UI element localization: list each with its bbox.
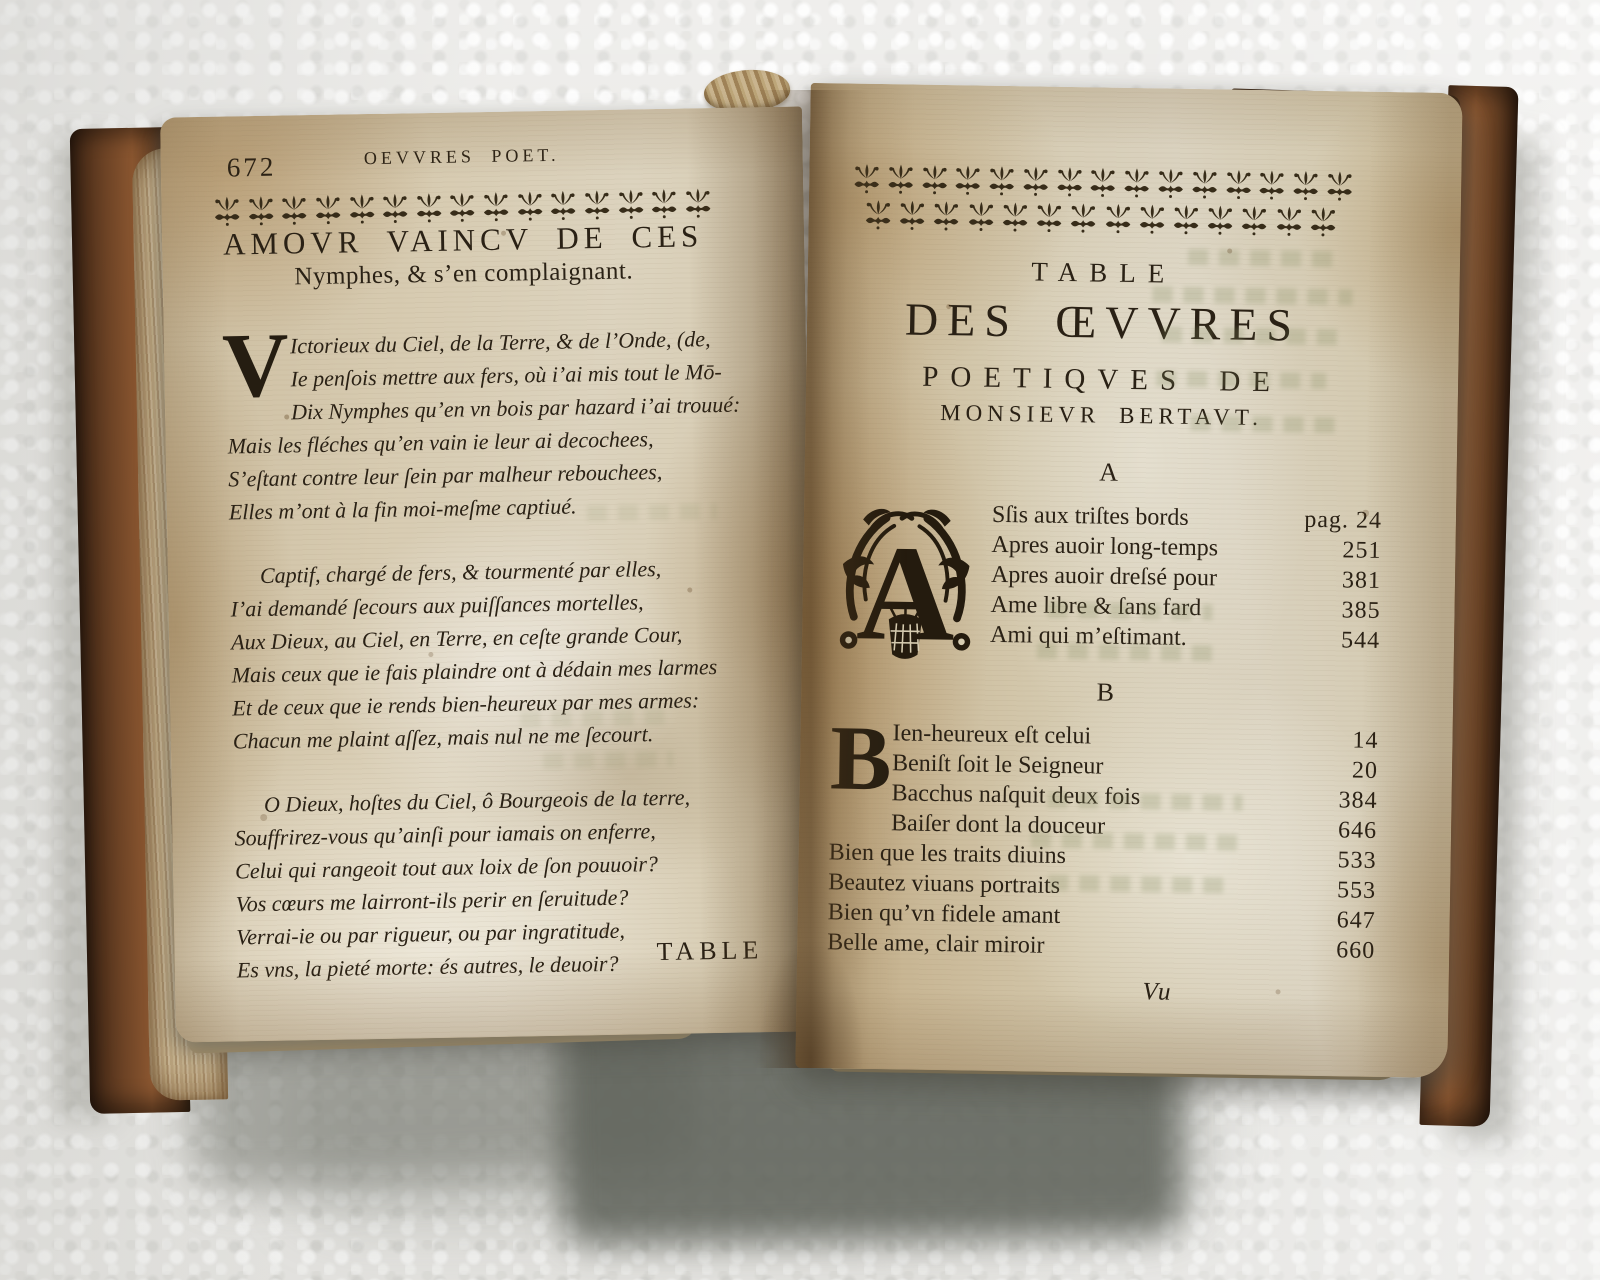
table-title-author: MONSIEVR BERTAVT. — [821, 398, 1381, 433]
toc-entry-text: Belle ame, clair miroir — [827, 927, 1045, 960]
stanza: VIctorieux du Ciel, de la Terre, & de l’… — [226, 321, 789, 529]
fleuron-icon — [1001, 201, 1029, 238]
toc-entry-page: 553 — [1337, 875, 1376, 906]
toc-entry-page: pag. 24 — [1304, 505, 1382, 536]
table-title: TABLE — [824, 253, 1384, 293]
fleuron-icon — [1022, 165, 1050, 202]
table-title-sub: POETIQVES DE — [822, 359, 1382, 401]
toc-entry-page: 251 — [1342, 535, 1381, 566]
fleuron-icon — [1207, 204, 1235, 241]
fleuron-icon — [864, 199, 892, 236]
toc-entry-page: 20 — [1352, 756, 1378, 786]
fleuron-icon — [1123, 167, 1151, 204]
fleuron-icon — [1258, 169, 1286, 206]
toc-entry-text: Ame libre & ſans fard — [990, 590, 1201, 623]
toc-entry-text: Sſis aux triſtes bords — [992, 500, 1189, 533]
toc-entry-text: Ien-heureux eſt celui — [892, 718, 1091, 751]
fleuron-icon — [1172, 204, 1200, 241]
left-page: 672 OEVVRES POET. AMOVR VAINCV DE CES Ny… — [160, 106, 818, 1042]
fleuron-icon — [954, 164, 982, 201]
toc-entry-text: Beautez viuans portraits — [828, 867, 1060, 901]
catchword: TABLE — [656, 935, 763, 967]
toc-section: BIen-heureux eſt celui14Beniſt ſoit le S… — [827, 717, 1379, 966]
fleuron-icon — [1224, 168, 1252, 205]
fleuron-icon — [933, 200, 961, 237]
toc-entry-text: Bacchus naſquit deux fois — [891, 778, 1140, 812]
book-shadow — [290, 1050, 1210, 1220]
toc-entry-page: 660 — [1336, 935, 1375, 966]
section-heading: A — [820, 453, 1396, 492]
signature-mark: Vu — [1142, 978, 1388, 1010]
fleuron-icon — [1191, 168, 1219, 205]
fleuron-icon — [1309, 206, 1337, 243]
fleuron-icon — [1089, 166, 1117, 203]
toc-entry-page: 381 — [1342, 565, 1381, 596]
fleuron-icon — [1138, 203, 1166, 240]
toc-entry-page: 647 — [1336, 905, 1375, 936]
toc-entry-page: 385 — [1341, 595, 1380, 626]
right-page: TABLE DES ŒVVRES POETIQVES DE MONSIEVR B… — [795, 83, 1462, 1078]
fleuron-icon — [921, 164, 949, 201]
toc-entry-page: 544 — [1341, 625, 1380, 656]
toc-entry-text: Beniſt ſoit le Seigneur — [892, 748, 1104, 781]
running-head: OEVVRES POET. — [161, 141, 763, 173]
toc-entry-text: Ami qui m’eſtimant. — [990, 620, 1187, 653]
fleuron-icon — [1241, 205, 1269, 242]
toc-entry-text: Bien que les traits diuins — [828, 837, 1066, 871]
photo-stage: 672 OEVVRES POET. AMOVR VAINCV DE CES Ny… — [0, 0, 1600, 1280]
stanza: Captif, chargé de fers, & tourmenté par … — [230, 550, 793, 758]
fleuron-icon — [1326, 170, 1354, 207]
fleuron-icon — [899, 199, 927, 236]
toc-entry-text: Apres auoir dreſsé pour — [991, 560, 1217, 594]
fleuron-ornament-row — [864, 200, 1337, 243]
toc-entry-page: 14 — [1352, 726, 1378, 756]
fleuron-icon — [853, 163, 881, 200]
toc-entry-page: 533 — [1337, 845, 1376, 876]
woodcut-initial-letter: A — [855, 518, 956, 667]
toc-entry-page: 646 — [1338, 815, 1377, 846]
table-of-contents: AASſis aux triſtes bordspag. 24Apres auo… — [812, 453, 1397, 1010]
toc-entry-page: 384 — [1338, 785, 1377, 816]
table-title-main: DES ŒVVRES — [823, 291, 1384, 353]
woodcut-initial: A — [832, 499, 981, 667]
section-heading: B — [817, 673, 1393, 712]
toc-entry-text: Bien qu’vn fidele amant — [828, 897, 1061, 931]
foxing-specks — [160, 118, 163, 121]
fleuron-icon — [1104, 203, 1132, 240]
fleuron-icon — [887, 163, 915, 200]
large-initial: B — [829, 721, 887, 822]
fleuron-icon — [1292, 170, 1320, 207]
fleuron-icon — [1056, 166, 1084, 203]
toc-entry-text: Baiſer dont la douceur — [891, 808, 1105, 841]
toc-entry-text: Apres auoir long-temps — [991, 530, 1218, 564]
drop-cap: V — [222, 332, 283, 399]
poem: VIctorieux du Ciel, de la Terre, & de l’… — [226, 321, 798, 1018]
fleuron-icon — [1157, 167, 1185, 204]
fleuron-icon — [1070, 202, 1098, 239]
toc-section: ASſis aux triſtes bordspag. 24Apres auoi… — [832, 497, 1382, 656]
fleuron-icon — [967, 200, 995, 237]
toc-entry: Ami qui m’eſtimant.544 — [990, 620, 1380, 656]
fleuron-icon — [1035, 201, 1063, 238]
foxing-specks — [811, 83, 814, 86]
fleuron-icon — [988, 165, 1016, 202]
fleuron-icon — [1275, 205, 1303, 242]
